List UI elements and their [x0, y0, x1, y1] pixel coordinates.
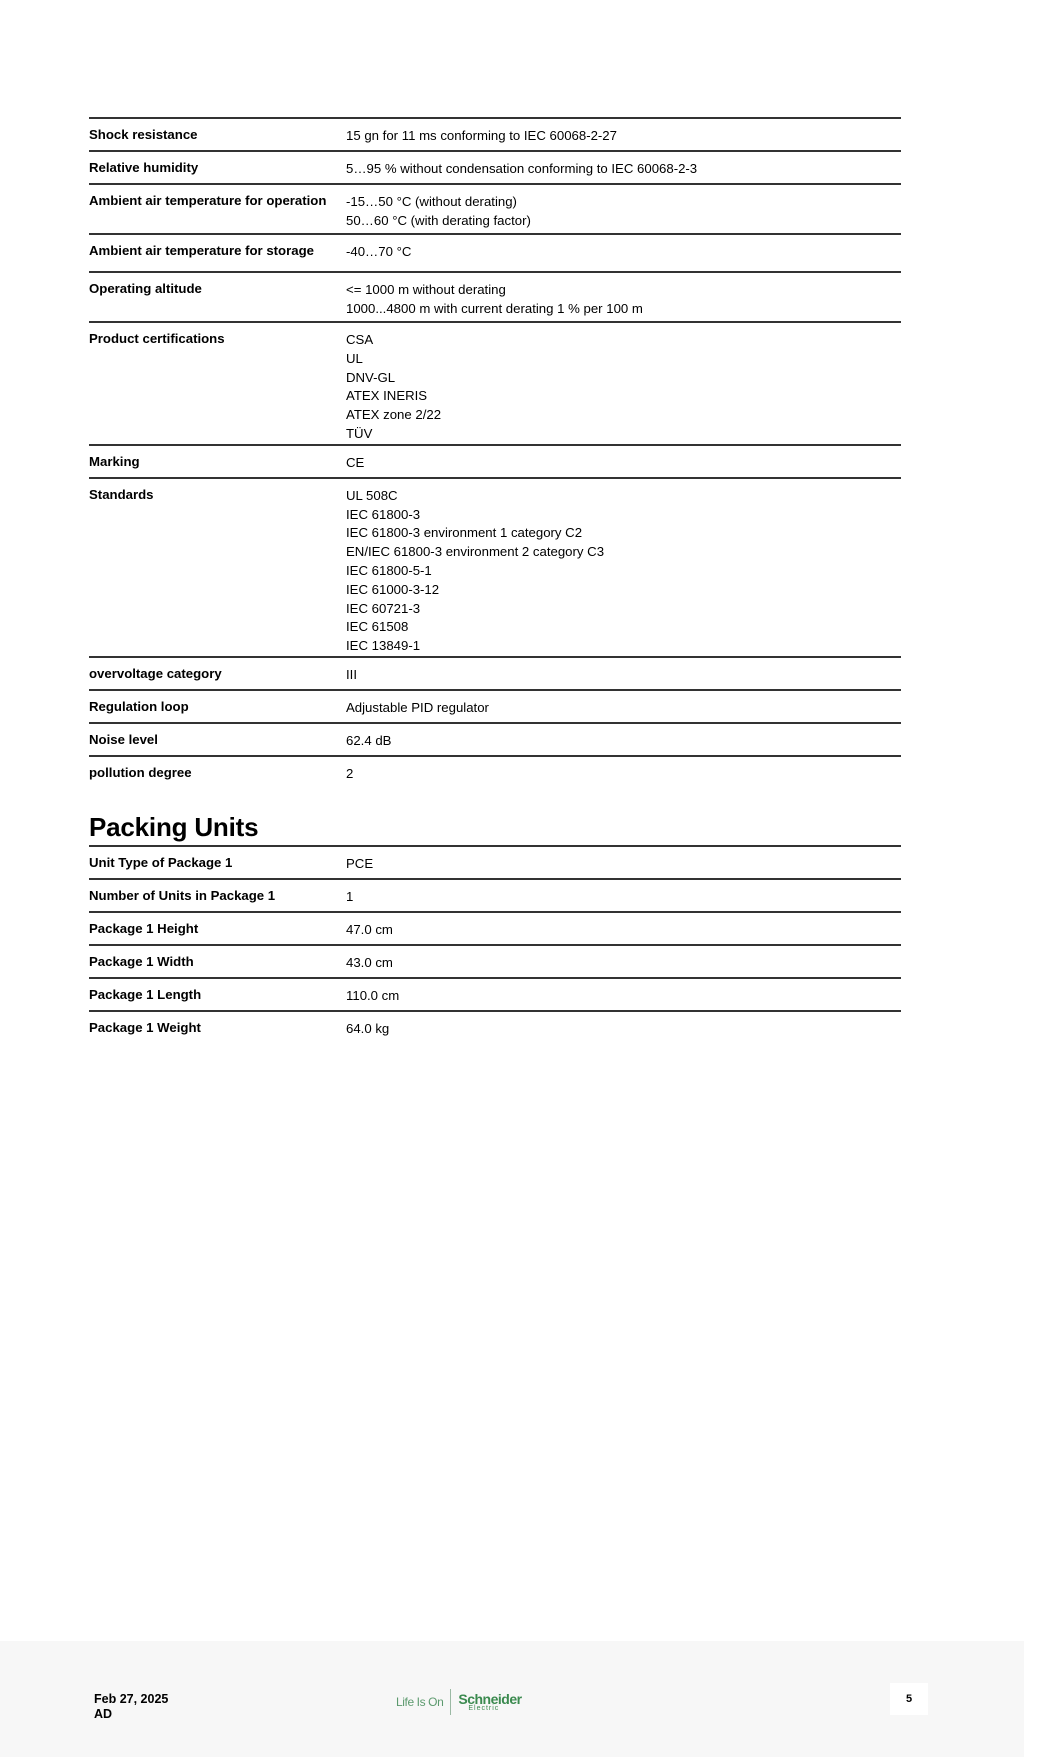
row-value: III [346, 657, 901, 690]
value-line: 43.0 cm [346, 954, 901, 973]
table-row: Number of Units in Package 11 [89, 879, 901, 912]
row-value: <= 1000 m without derating1000...4800 m … [346, 272, 901, 322]
environment-spec-table: Shock resistance15 gn for 11 ms conformi… [89, 117, 901, 789]
value-line: 1000...4800 m with current derating 1 % … [346, 300, 901, 319]
value-line: -40…70 °C [346, 243, 901, 262]
logo-divider [450, 1689, 451, 1715]
row-label: Package 1 Height [89, 912, 346, 945]
value-line: Adjustable PID regulator [346, 699, 901, 718]
value-line: 15 gn for 11 ms conforming to IEC 60068-… [346, 127, 901, 146]
row-label: Package 1 Length [89, 978, 346, 1011]
brand-name: Schneider [458, 1692, 521, 1706]
table-row: Package 1 Height47.0 cm [89, 912, 901, 945]
table-row: Package 1 Length110.0 cm [89, 978, 901, 1011]
page-number: 5 [890, 1683, 928, 1715]
value-line: IEC 61800-3 environment 1 category C2 [346, 524, 901, 543]
table-row: Package 1 Width43.0 cm [89, 945, 901, 978]
value-line: 50…60 °C (with derating factor) [346, 212, 901, 231]
row-label: Ambient air temperature for storage [89, 234, 346, 272]
value-line: DNV-GL [346, 369, 901, 388]
table-row: Product certificationsCSAULDNV-GLATEX IN… [89, 322, 901, 445]
document-body: Shock resistance15 gn for 11 ms conformi… [89, 117, 901, 1044]
table-row: Relative humidity5…95 % without condensa… [89, 151, 901, 184]
row-value: 47.0 cm [346, 912, 901, 945]
packing-units-heading: Packing Units [89, 789, 901, 845]
value-line: EN/IEC 61800-3 environment 2 category C3 [346, 543, 901, 562]
row-label: Ambient air temperature for operation [89, 184, 346, 234]
table-row: Ambient air temperature for storage-40…7… [89, 234, 901, 272]
value-line: 2 [346, 765, 901, 784]
footer-meta: Feb 27, 2025 AD [94, 1692, 168, 1722]
row-value: 5…95 % without condensation conforming t… [346, 151, 901, 184]
row-label: Package 1 Weight [89, 1011, 346, 1044]
row-value: UL 508CIEC 61800-3IEC 61800-3 environmen… [346, 478, 901, 657]
row-value: -40…70 °C [346, 234, 901, 272]
row-value: Adjustable PID regulator [346, 690, 901, 723]
row-value: 2 [346, 756, 901, 789]
packing-units-table: Unit Type of Package 1PCENumber of Units… [89, 845, 901, 1044]
value-line: 110.0 cm [346, 987, 901, 1006]
row-value: 15 gn for 11 ms conforming to IEC 60068-… [346, 118, 901, 151]
table-row: Ambient air temperature for operation-15… [89, 184, 901, 234]
row-label: Noise level [89, 723, 346, 756]
table-row: Shock resistance15 gn for 11 ms conformi… [89, 118, 901, 151]
value-line: CSA [346, 331, 901, 350]
row-value: CE [346, 445, 901, 478]
row-label: Relative humidity [89, 151, 346, 184]
row-value: CSAULDNV-GLATEX INERISATEX zone 2/22TÜV [346, 322, 901, 445]
value-line: 5…95 % without condensation conforming t… [346, 160, 901, 179]
value-line: UL [346, 350, 901, 369]
value-line: ATEX INERIS [346, 387, 901, 406]
row-label: pollution degree [89, 756, 346, 789]
value-line: IEC 60721-3 [346, 600, 901, 619]
table-row: Noise level62.4 dB [89, 723, 901, 756]
value-line: III [346, 666, 901, 685]
value-line: IEC 61508 [346, 618, 901, 637]
row-label: Regulation loop [89, 690, 346, 723]
row-label: Product certifications [89, 322, 346, 445]
table-row: MarkingCE [89, 445, 901, 478]
value-line: -15…50 °C (without derating) [346, 193, 901, 212]
value-line: 62.4 dB [346, 732, 901, 751]
row-label: overvoltage category [89, 657, 346, 690]
value-line: UL 508C [346, 487, 901, 506]
row-label: Standards [89, 478, 346, 657]
footer-date: Feb 27, 2025 [94, 1692, 168, 1707]
brand-mark: Schneider Electric [458, 1692, 521, 1712]
value-line: ATEX zone 2/22 [346, 406, 901, 425]
table-row: pollution degree2 [89, 756, 901, 789]
value-line: <= 1000 m without derating [346, 281, 901, 300]
value-line: 1 [346, 888, 901, 907]
value-line: 64.0 kg [346, 1020, 901, 1039]
value-line: IEC 61800-3 [346, 506, 901, 525]
value-line: IEC 13849-1 [346, 637, 901, 656]
row-value: 62.4 dB [346, 723, 901, 756]
table-row: StandardsUL 508CIEC 61800-3IEC 61800-3 e… [89, 478, 901, 657]
value-line: CE [346, 454, 901, 473]
value-line: IEC 61000-3-12 [346, 581, 901, 600]
table-row: overvoltage categoryIII [89, 657, 901, 690]
footer-author: AD [94, 1707, 168, 1722]
brand-subname: Electric [458, 1705, 521, 1712]
table-row: Regulation loopAdjustable PID regulator [89, 690, 901, 723]
page-footer: Feb 27, 2025 AD Life Is On Schneider Ele… [0, 1641, 1024, 1757]
table-row: Unit Type of Package 1PCE [89, 846, 901, 879]
value-line: IEC 61800-5-1 [346, 562, 901, 581]
life-is-on-tagline: Life Is On [396, 1695, 450, 1709]
row-value: 64.0 kg [346, 1011, 901, 1044]
row-value: 110.0 cm [346, 978, 901, 1011]
row-value: 43.0 cm [346, 945, 901, 978]
row-label: Number of Units in Package 1 [89, 879, 346, 912]
table-row: Operating altitude<= 1000 m without dera… [89, 272, 901, 322]
table-row: Package 1 Weight64.0 kg [89, 1011, 901, 1044]
row-value: PCE [346, 846, 901, 879]
row-label: Shock resistance [89, 118, 346, 151]
schneider-logo: Life Is On Schneider Electric [396, 1687, 522, 1717]
row-label: Package 1 Width [89, 945, 346, 978]
value-line: TÜV [346, 425, 901, 444]
row-value: 1 [346, 879, 901, 912]
row-label: Unit Type of Package 1 [89, 846, 346, 879]
row-label: Marking [89, 445, 346, 478]
value-line: PCE [346, 855, 901, 874]
value-line: 47.0 cm [346, 921, 901, 940]
row-value: -15…50 °C (without derating)50…60 °C (wi… [346, 184, 901, 234]
row-label: Operating altitude [89, 272, 346, 322]
